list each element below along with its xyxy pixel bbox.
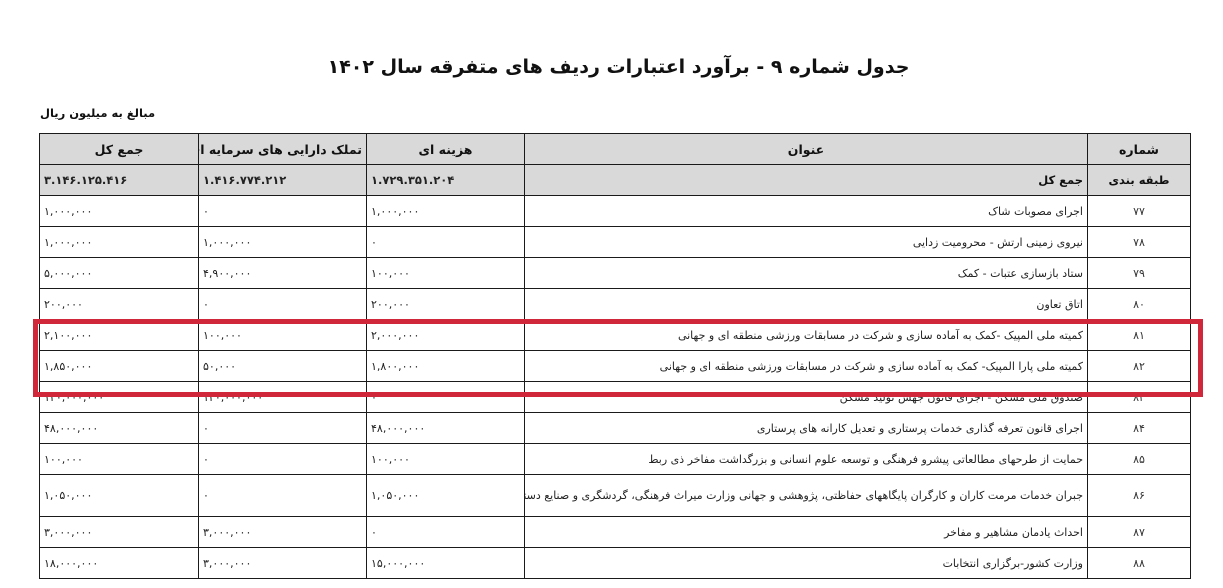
table-row: ۷۹ ستاد بازسازی عتبات - کمک ۱۰۰,۰۰۰ ۴,۹۰… (40, 258, 1191, 289)
row-code: ۸۷ (1088, 517, 1191, 548)
unit-note: مبالغ به میلیون ریال (40, 106, 155, 120)
row-description: ستاد بازسازی عتبات - کمک (525, 258, 1088, 289)
table-row: ۸۵ حمایت از طرحهای مطالعاتی پیشرو فرهنگی… (40, 444, 1191, 475)
row-total: ۱,۰۰۰,۰۰۰ (40, 196, 199, 227)
row-description: احداث یادمان مشاهیر و مفاخر (525, 517, 1088, 548)
row-capital: ۰ (199, 413, 367, 444)
header-total: جمع کل (40, 134, 199, 165)
row-current: ۱۰۰,۰۰۰ (367, 444, 525, 475)
row-current: ۴۸,۰۰۰,۰۰۰ (367, 413, 525, 444)
page-title-text: جدول شماره ۹ - برآورد اعتبارات ردیف های … (328, 56, 910, 78)
row-total: ۱۸,۰۰۰,۰۰۰ (40, 548, 199, 579)
table-row: ۸۷ احداث یادمان مشاهیر و مفاخر ۰ ۳,۰۰۰,۰… (40, 517, 1191, 548)
row-current: ۲,۰۰۰,۰۰۰ (367, 320, 525, 351)
row-code: ۸۴ (1088, 413, 1191, 444)
header-description: عنوان (525, 134, 1088, 165)
totals-capital: ۱.۴۱۶.۷۷۴.۲۱۲ (199, 165, 367, 196)
table-row: ۸۳ صندوق ملی مسکن - اجرای قانون جهش تولی… (40, 382, 1191, 413)
table-row: ۸۴ اجرای قانون تعرفه گذاری خدمات پرستاری… (40, 413, 1191, 444)
row-current: ۱,۰۵۰,۰۰۰ (367, 475, 525, 517)
row-code: ۸۶ (1088, 475, 1191, 517)
row-capital: ۴,۹۰۰,۰۰۰ (199, 258, 367, 289)
row-current: ۰ (367, 517, 525, 548)
row-description: جبران خدمات مرمت کاران و کارگران پایگاهه… (525, 475, 1088, 517)
row-total: ۴۸,۰۰۰,۰۰۰ (40, 413, 199, 444)
row-code: ۸۰ (1088, 289, 1191, 320)
row-capital: ۳,۰۰۰,۰۰۰ (199, 548, 367, 579)
table-row: ۸۸ وزارت کشور-برگزاری انتخابات ۱۵,۰۰۰,۰۰… (40, 548, 1191, 579)
row-total: ۲۰۰,۰۰۰ (40, 289, 199, 320)
row-capital: ۰ (199, 444, 367, 475)
row-total: ۱۲۰,۰۰۰,۰۰۰ (40, 382, 199, 413)
row-current: ۱,۰۰۰,۰۰۰ (367, 196, 525, 227)
row-code: ۸۳ (1088, 382, 1191, 413)
row-total: ۱,۸۵۰,۰۰۰ (40, 351, 199, 382)
row-code: ۷۷ (1088, 196, 1191, 227)
totals-total: ۳.۱۴۶.۱۲۵.۴۱۶ (40, 165, 199, 196)
row-capital: ۰ (199, 196, 367, 227)
table-row: ۸۶ جبران خدمات مرمت کاران و کارگران پایگ… (40, 475, 1191, 517)
header-code: شماره (1088, 134, 1191, 165)
row-code: ۸۲ (1088, 351, 1191, 382)
row-current: ۰ (367, 227, 525, 258)
page-title: جدول شماره ۹ - برآورد اعتبارات ردیف های … (0, 56, 1223, 78)
header-current: هزینه ای (367, 134, 525, 165)
row-description: وزارت کشور-برگزاری انتخابات (525, 548, 1088, 579)
row-total: ۱,۰۰۰,۰۰۰ (40, 227, 199, 258)
table-row: ۸۰ اتاق تعاون ۲۰۰,۰۰۰ ۰ ۲۰۰,۰۰۰ (40, 289, 1191, 320)
row-capital: ۵۰,۰۰۰ (199, 351, 367, 382)
table-row: ۷۸ نیروی زمینی ارتش - محرومیت زدایی ۰ ۱,… (40, 227, 1191, 258)
row-current: ۱,۸۰۰,۰۰۰ (367, 351, 525, 382)
row-code: ۸۸ (1088, 548, 1191, 579)
row-current: ۰ (367, 382, 525, 413)
totals-current: ۱.۷۲۹.۳۵۱.۲۰۴ (367, 165, 525, 196)
totals-description: جمع کل (525, 165, 1088, 196)
row-capital: ۳,۰۰۰,۰۰۰ (199, 517, 367, 548)
row-description: صندوق ملی مسکن - اجرای قانون جهش تولید م… (525, 382, 1088, 413)
row-description: کمیته ملی پارا المپیک- کمک به آماده سازی… (525, 351, 1088, 382)
row-capital: ۰ (199, 289, 367, 320)
row-description: اجرای مصوبات شاک (525, 196, 1088, 227)
row-total: ۱۰۰,۰۰۰ (40, 444, 199, 475)
row-capital: ۱۰۰,۰۰۰ (199, 320, 367, 351)
row-current: ۱۰۰,۰۰۰ (367, 258, 525, 289)
row-current: ۲۰۰,۰۰۰ (367, 289, 525, 320)
totals-row: طبقه بندی جمع کل ۱.۷۲۹.۳۵۱.۲۰۴ ۱.۴۱۶.۷۷۴… (40, 165, 1191, 196)
row-code: ۸۵ (1088, 444, 1191, 475)
row-total: ۳,۰۰۰,۰۰۰ (40, 517, 199, 548)
row-total: ۱,۰۵۰,۰۰۰ (40, 475, 199, 517)
header-capital: تملک دارایی های سرمایه ای (199, 134, 367, 165)
row-capital: ۰ (199, 475, 367, 517)
row-capital: ۱۲۰,۰۰۰,۰۰۰ (199, 382, 367, 413)
table-row-highlighted: ۸۱ کمیته ملی المپیک -کمک به آماده سازی و… (40, 320, 1191, 351)
row-description: اتاق تعاون (525, 289, 1088, 320)
header-row: شماره عنوان هزینه ای تملک دارایی های سرم… (40, 134, 1191, 165)
row-description: حمایت از طرحهای مطالعاتی پیشرو فرهنگی و … (525, 444, 1088, 475)
row-code: ۸۱ (1088, 320, 1191, 351)
row-total: ۵,۰۰۰,۰۰۰ (40, 258, 199, 289)
budget-table: شماره عنوان هزینه ای تملک دارایی های سرم… (39, 133, 1191, 579)
row-description: کمیته ملی المپیک -کمک به آماده سازی و شر… (525, 320, 1088, 351)
totals-code: طبقه بندی (1088, 165, 1191, 196)
row-capital: ۱,۰۰۰,۰۰۰ (199, 227, 367, 258)
table-row: ۷۷ اجرای مصوبات شاک ۱,۰۰۰,۰۰۰ ۰ ۱,۰۰۰,۰۰… (40, 196, 1191, 227)
row-description: اجرای قانون تعرفه گذاری خدمات پرستاری و … (525, 413, 1088, 444)
table-row-highlighted: ۸۲ کمیته ملی پارا المپیک- کمک به آماده س… (40, 351, 1191, 382)
row-code: ۷۹ (1088, 258, 1191, 289)
row-code: ۷۸ (1088, 227, 1191, 258)
row-total: ۲,۱۰۰,۰۰۰ (40, 320, 199, 351)
row-current: ۱۵,۰۰۰,۰۰۰ (367, 548, 525, 579)
row-description: نیروی زمینی ارتش - محرومیت زدایی (525, 227, 1088, 258)
